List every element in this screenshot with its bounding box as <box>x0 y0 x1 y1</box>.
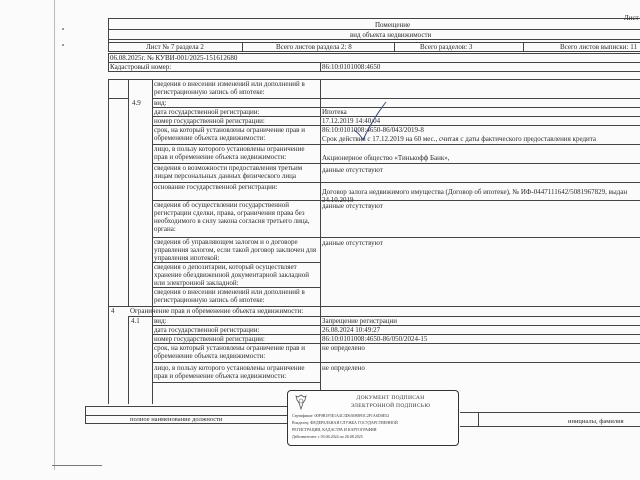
row-label: срок, на который установлены ограничение… <box>154 344 318 360</box>
stamp-title-line2: ЭЛЕКТРОННОЙ ПОДПИСЬЮ <box>328 403 453 409</box>
stamp-owner-cont: РЕГИСТРАЦИИ, КАДАСТРА И КАРТОГРАФИИ <box>292 427 377 432</box>
row-value: не определено <box>322 344 365 352</box>
scan-mark <box>62 44 64 46</box>
position-caption: полное наименование должности <box>130 416 222 424</box>
object-caption: вид объекта недвижимости <box>350 31 431 39</box>
stamp-validity: Действителен: с 03.06.2024 по 26.08.2025 <box>292 434 363 439</box>
row-value: данные отсутствуют <box>322 166 383 174</box>
row-label: сведения о внесении изменений или дополн… <box>154 288 318 304</box>
page-edge <box>54 0 55 470</box>
row-value: 86:10:0101008:4650-86/050/2024-15 <box>322 335 427 343</box>
row-label: вид: <box>154 99 167 107</box>
handwritten-checkmark-icon <box>350 100 400 145</box>
total-sheets-section: Всего листов раздела 2: 8 <box>276 43 352 51</box>
row-label: номер государственной регистрации: <box>154 117 265 125</box>
row-value: Ипотека <box>322 108 347 116</box>
row-label: срок, на который установлены ограничение… <box>154 126 318 142</box>
total-sections: Всего разделов: 3 <box>420 43 472 51</box>
stamp-certificate: Сертификат: 00F0B1F5E1A4C3D6A08B93C2F1A6… <box>292 413 389 418</box>
section-number: 4 <box>111 307 115 315</box>
scan-mark <box>62 28 64 30</box>
row-value: Запрещение регистрации <box>322 317 397 325</box>
section-number: 4.9 <box>132 99 141 107</box>
sheet-number: Лист № 7 раздела 2 <box>146 43 204 51</box>
stamp-owner: Владелец: ФЕДЕРАЛЬНАЯ СЛУЖБА ГОСУДАРСТВЕ… <box>292 420 398 425</box>
object-name: Помещение <box>375 21 410 29</box>
row-label: сведения об управляющем залогом и о дого… <box>154 238 318 262</box>
row-value: 26.08.2024 10:49:27 <box>322 326 380 334</box>
subsection-number: 4.1 <box>131 317 140 325</box>
coat-of-arms-icon <box>294 394 308 410</box>
row-label: дата государственной регистрации: <box>154 326 259 334</box>
pre-row-label: сведения о внесении изменений или дополн… <box>154 80 318 96</box>
row-label: дата государственной регистрации: <box>154 108 259 116</box>
row-value: Акционерное общество «Тинькофф Банк», <box>322 154 450 162</box>
row-label: основание государственной регистрации: <box>154 183 278 191</box>
row-value: не определено <box>322 364 365 372</box>
section-title: Ограничение прав и обременение объекта н… <box>130 307 303 315</box>
row-label: сведения о возможности предоставления тр… <box>154 164 318 180</box>
stamp-title-line1: ДОКУМЕНТ ПОДПИСАН <box>328 395 453 401</box>
row-value: данные отсутствуют <box>322 202 383 210</box>
row-label: лицо, в пользу которого установлены огра… <box>154 145 318 161</box>
row-value: данные отсутствуют <box>322 239 383 247</box>
sheet-corner-label: Лист <box>624 14 639 22</box>
cadastral-label: Кадастровый номер: <box>110 63 171 71</box>
cadastral-value: 86:10:0101008:4650 <box>322 63 380 71</box>
row-label: сведения об осуществлении государственно… <box>154 201 318 233</box>
total-sheets-extract: Всего листов выписки: 11 <box>560 43 637 51</box>
electronic-signature-stamp: ДОКУМЕНТ ПОДПИСАН ЭЛЕКТРОННОЙ ПОДПИСЬЮ С… <box>287 390 459 446</box>
name-caption: инициалы, фамилия <box>568 418 624 426</box>
row-label: лицо, в пользу которого установлены огра… <box>154 364 318 380</box>
row-label: сведения о депозитарии, который осуществ… <box>154 263 318 287</box>
row-label: вид: <box>154 317 167 325</box>
request-line: 06.08.2025г. № КУВИ-001/2025-151612680 <box>110 54 237 62</box>
row-label: номер государственной регистрации: <box>154 335 265 343</box>
